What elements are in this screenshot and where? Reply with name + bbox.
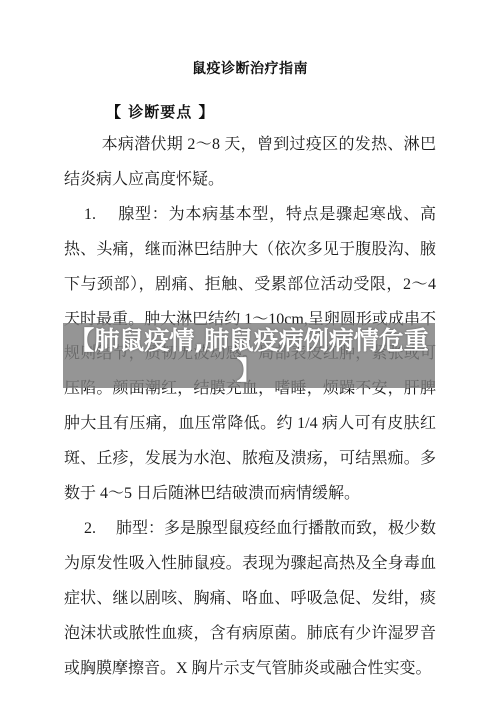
paragraph-item-2-lung-type: 2. 肺型：多是腺型鼠疫经血行播散而致，极少数为原发性吸入性肺鼠疫。表现为骤起高… bbox=[64, 512, 436, 687]
document-page: 鼠疫诊断治疗指南 【 诊断要点 】 本病潜伏期 2～8 天，曾到过疫区的发热、淋… bbox=[0, 0, 500, 706]
document-title: 鼠疫诊断治疗指南 bbox=[0, 58, 500, 78]
section-heading: 【 诊断要点 】 bbox=[106, 101, 214, 122]
paragraph-item-1-gland-type: 1. 腺型：为本病基本型，特点是骤起寒战、高热、头痛，继而淋巴结肿大（依次多见于… bbox=[64, 198, 436, 512]
paragraph-intro: 本病潜伏期 2～8 天，曾到过疫区的发热、淋巴结炎病人应高度怀疑。 bbox=[64, 128, 436, 198]
document-body: 本病潜伏期 2～8 天，曾到过疫区的发热、淋巴结炎病人应高度怀疑。 1. 腺型：… bbox=[64, 128, 436, 687]
